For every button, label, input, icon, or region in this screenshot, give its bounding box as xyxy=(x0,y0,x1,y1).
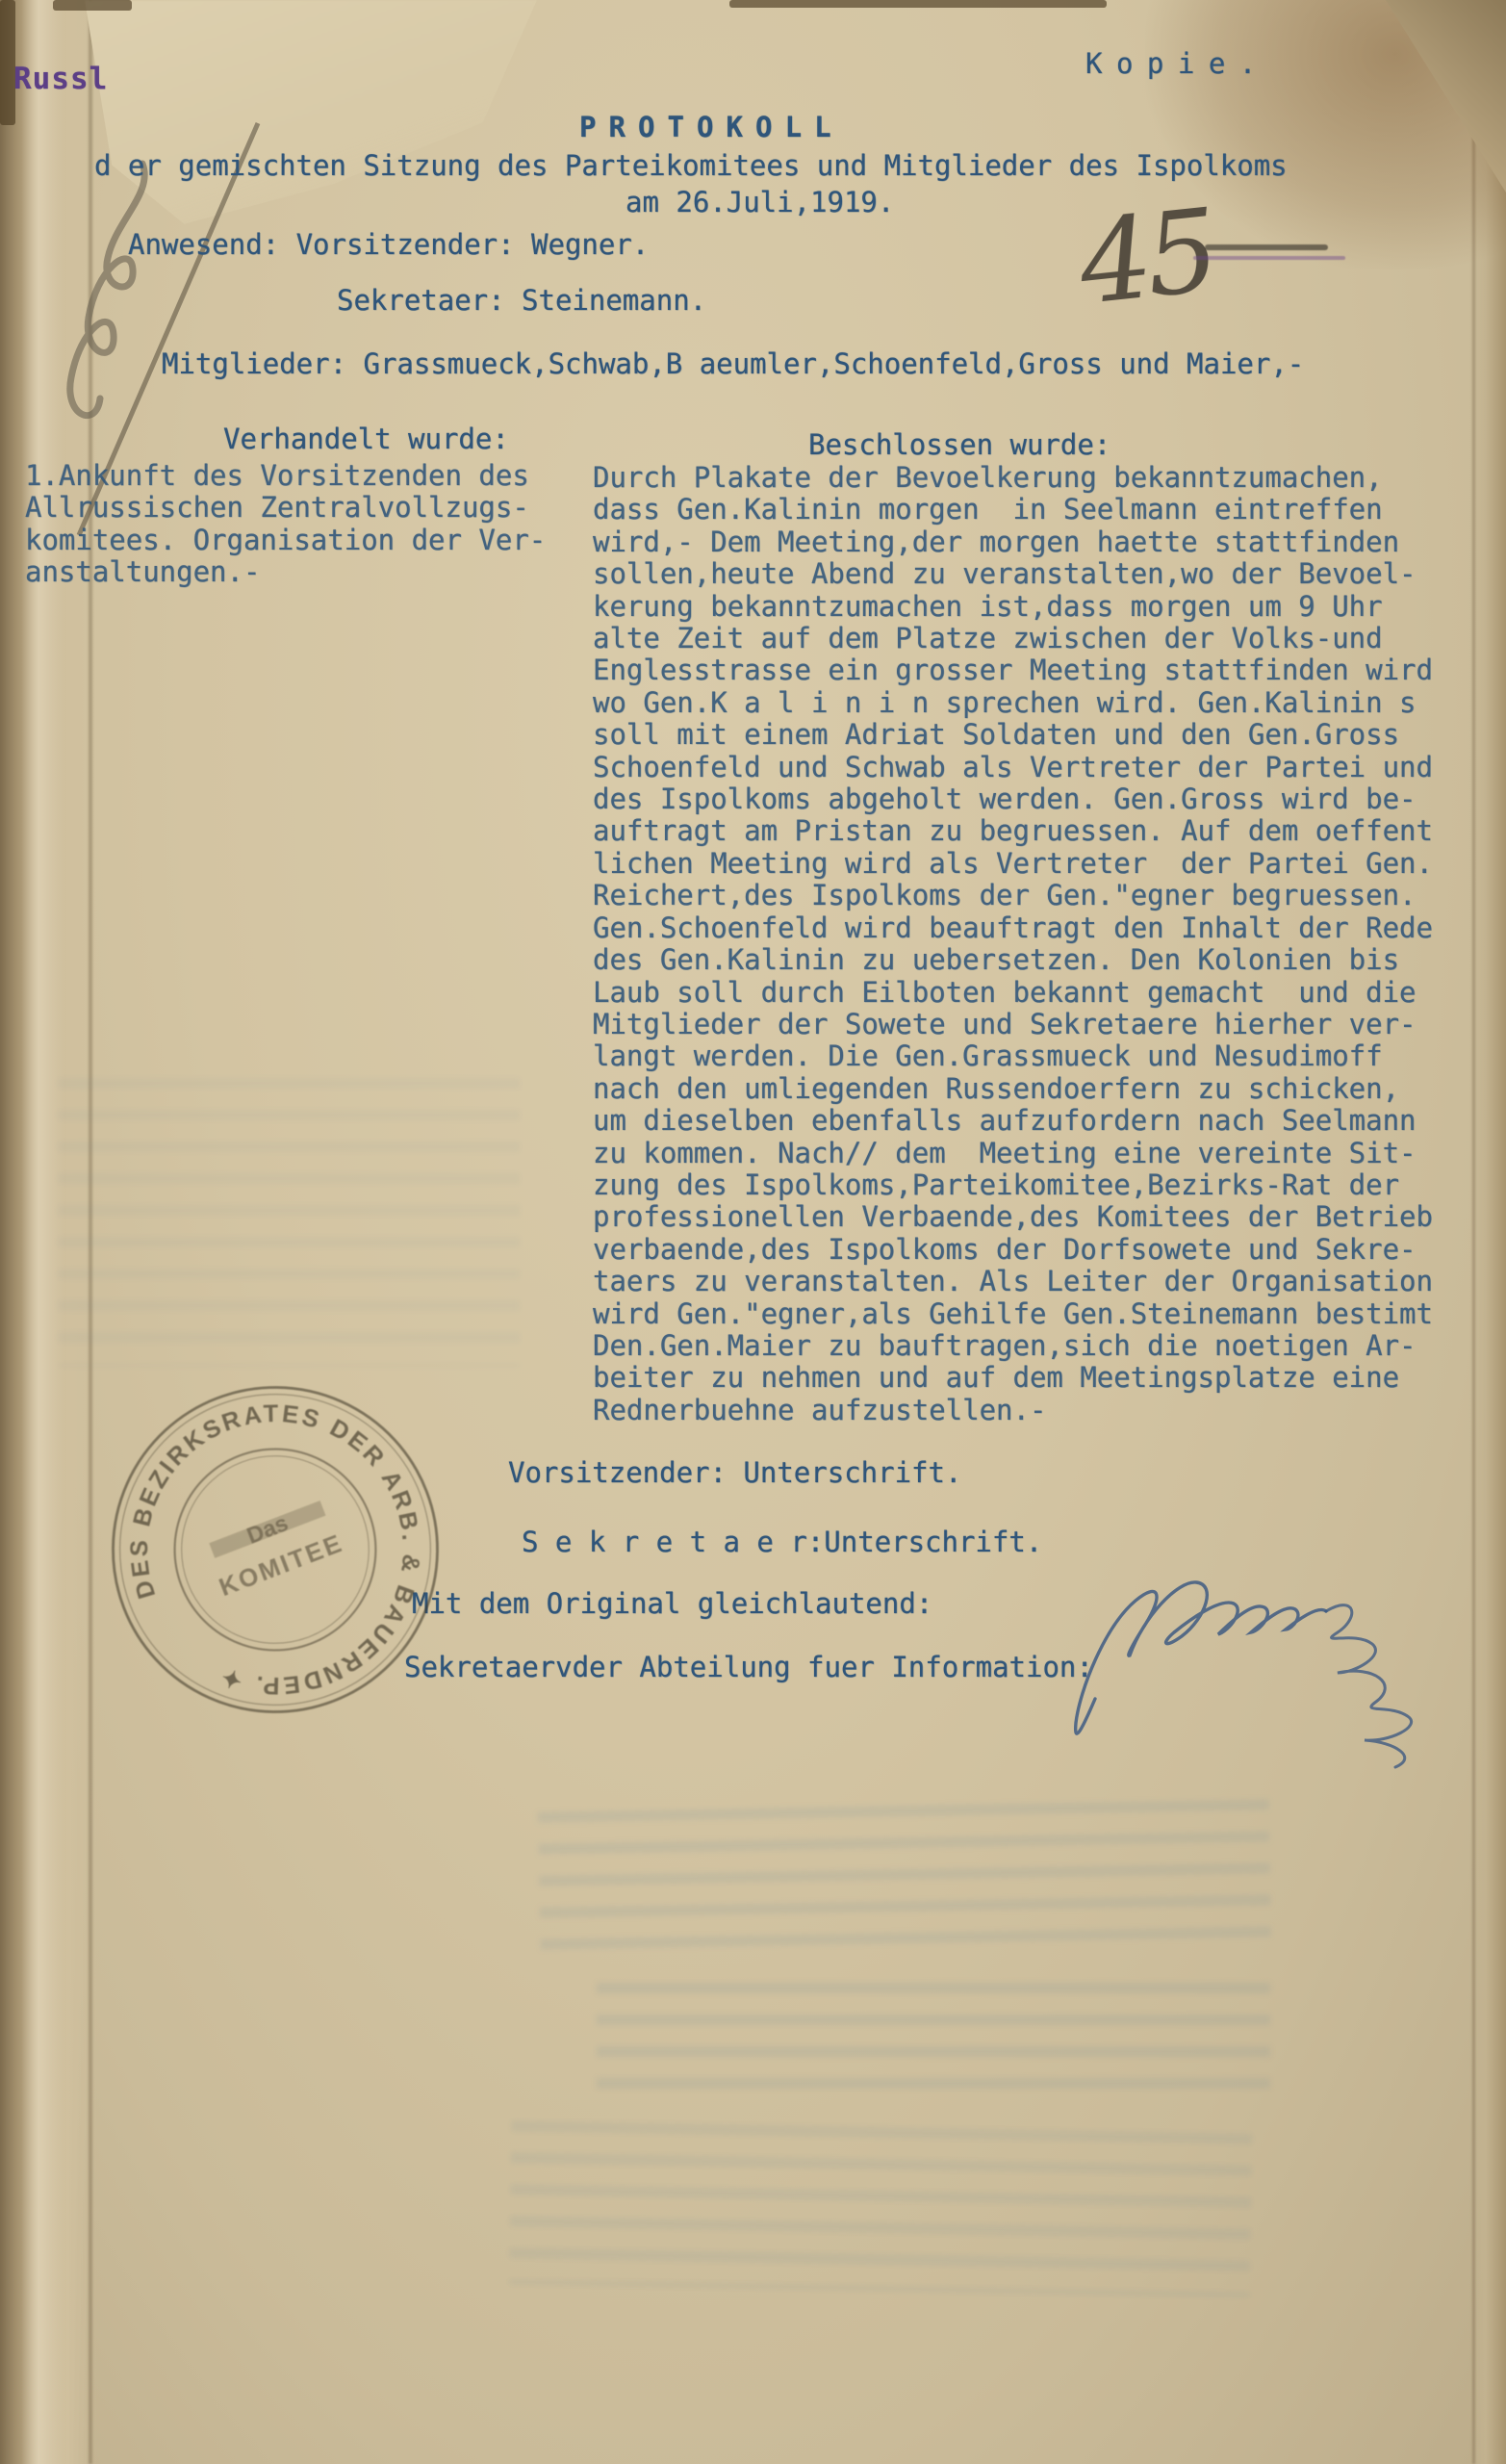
right-column-body: Durch Plakate der Bevoelkerung bekanntzu… xyxy=(593,462,1501,1426)
text-line: dass Gen.Kalinin morgen in Seelmann eint… xyxy=(593,494,1501,526)
text-line: wird Gen."egner,als Gehilfe Gen.Steinema… xyxy=(593,1298,1501,1330)
bleedthrough-ghost xyxy=(58,1078,520,1367)
right-column-header: Beschlossen wurde: xyxy=(808,429,1110,461)
scanned-document-page: Russl Kopie. PROTOKOLL d er gemischten S… xyxy=(0,0,1506,2464)
secretary-signature-line: S e k r e t a e r:Unterschrift. xyxy=(522,1527,1042,1558)
text-line: professionellen Verbaende,des Komitees d… xyxy=(593,1201,1501,1233)
text-line: Englesstrasse ein grosser Meeting stattf… xyxy=(593,654,1501,686)
text-line: Mitglieder der Sowete und Sekretaere hie… xyxy=(593,1009,1501,1040)
left-column-body: 1.Ankunft des Vorsitzenden desAllrussisc… xyxy=(25,460,587,589)
text-line: Gen.Schoenfeld wird beauftragt den Inhal… xyxy=(593,912,1501,944)
members-line: Mitglieder: Grassmueck,Schwab,B aeumler,… xyxy=(162,348,1304,380)
text-line: 1.Ankunft des Vorsitzenden des xyxy=(25,460,587,492)
text-line: des Ispolkoms abgeholt werden. Gen.Gross… xyxy=(593,783,1501,815)
bleedthrough-ghost xyxy=(509,2120,1253,2297)
text-line: alte Zeit auf dem Platze zwischen der Vo… xyxy=(593,623,1501,654)
text-line: wo Gen.K a l i n i n sprechen wird. Gen.… xyxy=(593,687,1501,719)
stamp-inner-ring-2 xyxy=(154,1428,396,1670)
text-line: Durch Plakate der Bevoelkerung bekanntzu… xyxy=(593,462,1501,494)
chairman-signature-line: Vorsitzender: Unterschrift. xyxy=(508,1457,961,1489)
left-column-header: Verhandelt wurde: xyxy=(223,423,509,455)
info-secretary-line: Sekretaervder Abteilung fuer Information… xyxy=(404,1652,1093,1683)
signature-flourish xyxy=(1326,1605,1412,1767)
text-line: zung des Ispolkoms,Parteikomitee,Bezirks… xyxy=(593,1169,1501,1201)
text-line: anstaltungen.- xyxy=(25,556,587,588)
bleedthrough-ghost xyxy=(538,1799,1272,1956)
subtitle: d er gemischten Sitzung des Parteikomite… xyxy=(94,150,1288,182)
text-line: auftragt am Pristan zu begruessen. Auf d… xyxy=(593,815,1501,847)
text-line: um dieselben ebenfalls aufzufordern nach… xyxy=(593,1105,1501,1137)
stamp-ring-text: DES BEZIRKSRATES DER ARB. & BAUERNDEP. ✦ xyxy=(82,1357,468,1743)
text-line: des Gen.Kalinin zu uebersetzen. Den Kolo… xyxy=(593,944,1501,976)
corner-note: Russl xyxy=(13,62,108,96)
present-line: Anwesend: Vorsitzender: Wegner. xyxy=(128,229,649,261)
text-line: langt werden. Die Gen.Grassmueck und Nes… xyxy=(593,1040,1501,1072)
text-line: taers zu veranstalten. Als Leiter der Or… xyxy=(593,1266,1501,1297)
text-line: zu kommen. Nach// dem Meeting eine verei… xyxy=(593,1138,1501,1169)
purple-dash xyxy=(1193,256,1345,260)
text-line: Rednerbuehne aufzustellen.- xyxy=(593,1395,1501,1426)
text-line: nach den umliegenden Russendoerfern zu s… xyxy=(593,1073,1501,1105)
pencil-scribble xyxy=(70,164,144,416)
scan-gap-top xyxy=(729,0,1107,8)
bleedthrough-ghost xyxy=(597,1983,1270,2098)
text-line: verbaende,des Ispolkoms der Dorfsowete u… xyxy=(593,1234,1501,1266)
text-line: Allrussischen Zentralvollzugs- xyxy=(25,492,587,524)
text-line: komitees. Organisation der Ver- xyxy=(25,525,587,556)
page-title: PROTOKOLL xyxy=(579,112,844,143)
handwritten-signature xyxy=(1037,1501,1499,1790)
signature-stroke xyxy=(1076,1582,1326,1733)
copy-label: Kopie. xyxy=(1085,48,1270,80)
text-line: kerung bekanntzumachen ist,dass morgen u… xyxy=(593,591,1501,623)
round-stamp: DES BEZIRKSRATES DER ARB. & BAUERNDEP. ✦… xyxy=(54,1328,497,1771)
text-line: beiter zu nehmen und auf dem Meetingspla… xyxy=(593,1362,1501,1394)
date-line: am 26.Juli,1919. xyxy=(625,187,894,218)
text-line: Den.Gen.Maier zu bauftragen,sich die noe… xyxy=(593,1330,1501,1362)
text-line: Laub soll durch Eilboten bekannt gemacht… xyxy=(593,977,1501,1009)
text-line: Schoenfeld und Schwab als Vertreter der … xyxy=(593,752,1501,783)
secretary-line: Sekretaer: Steinemann. xyxy=(337,285,706,317)
pencil-dash xyxy=(1205,244,1328,250)
text-line: wird,- Dem Meeting,der morgen haette sta… xyxy=(593,526,1501,558)
text-line: sollen,heute Abend zu veranstalten,wo de… xyxy=(593,558,1501,590)
text-line: Reichert,des Ispolkoms der Gen."egner be… xyxy=(593,880,1501,911)
text-line: lichen Meeting wird als Vertreter der Pa… xyxy=(593,848,1501,880)
certification-line: Mit dem Original gleichlautend: xyxy=(412,1588,932,1620)
text-line: soll mit einem Adriat Soldaten und den G… xyxy=(593,719,1501,751)
